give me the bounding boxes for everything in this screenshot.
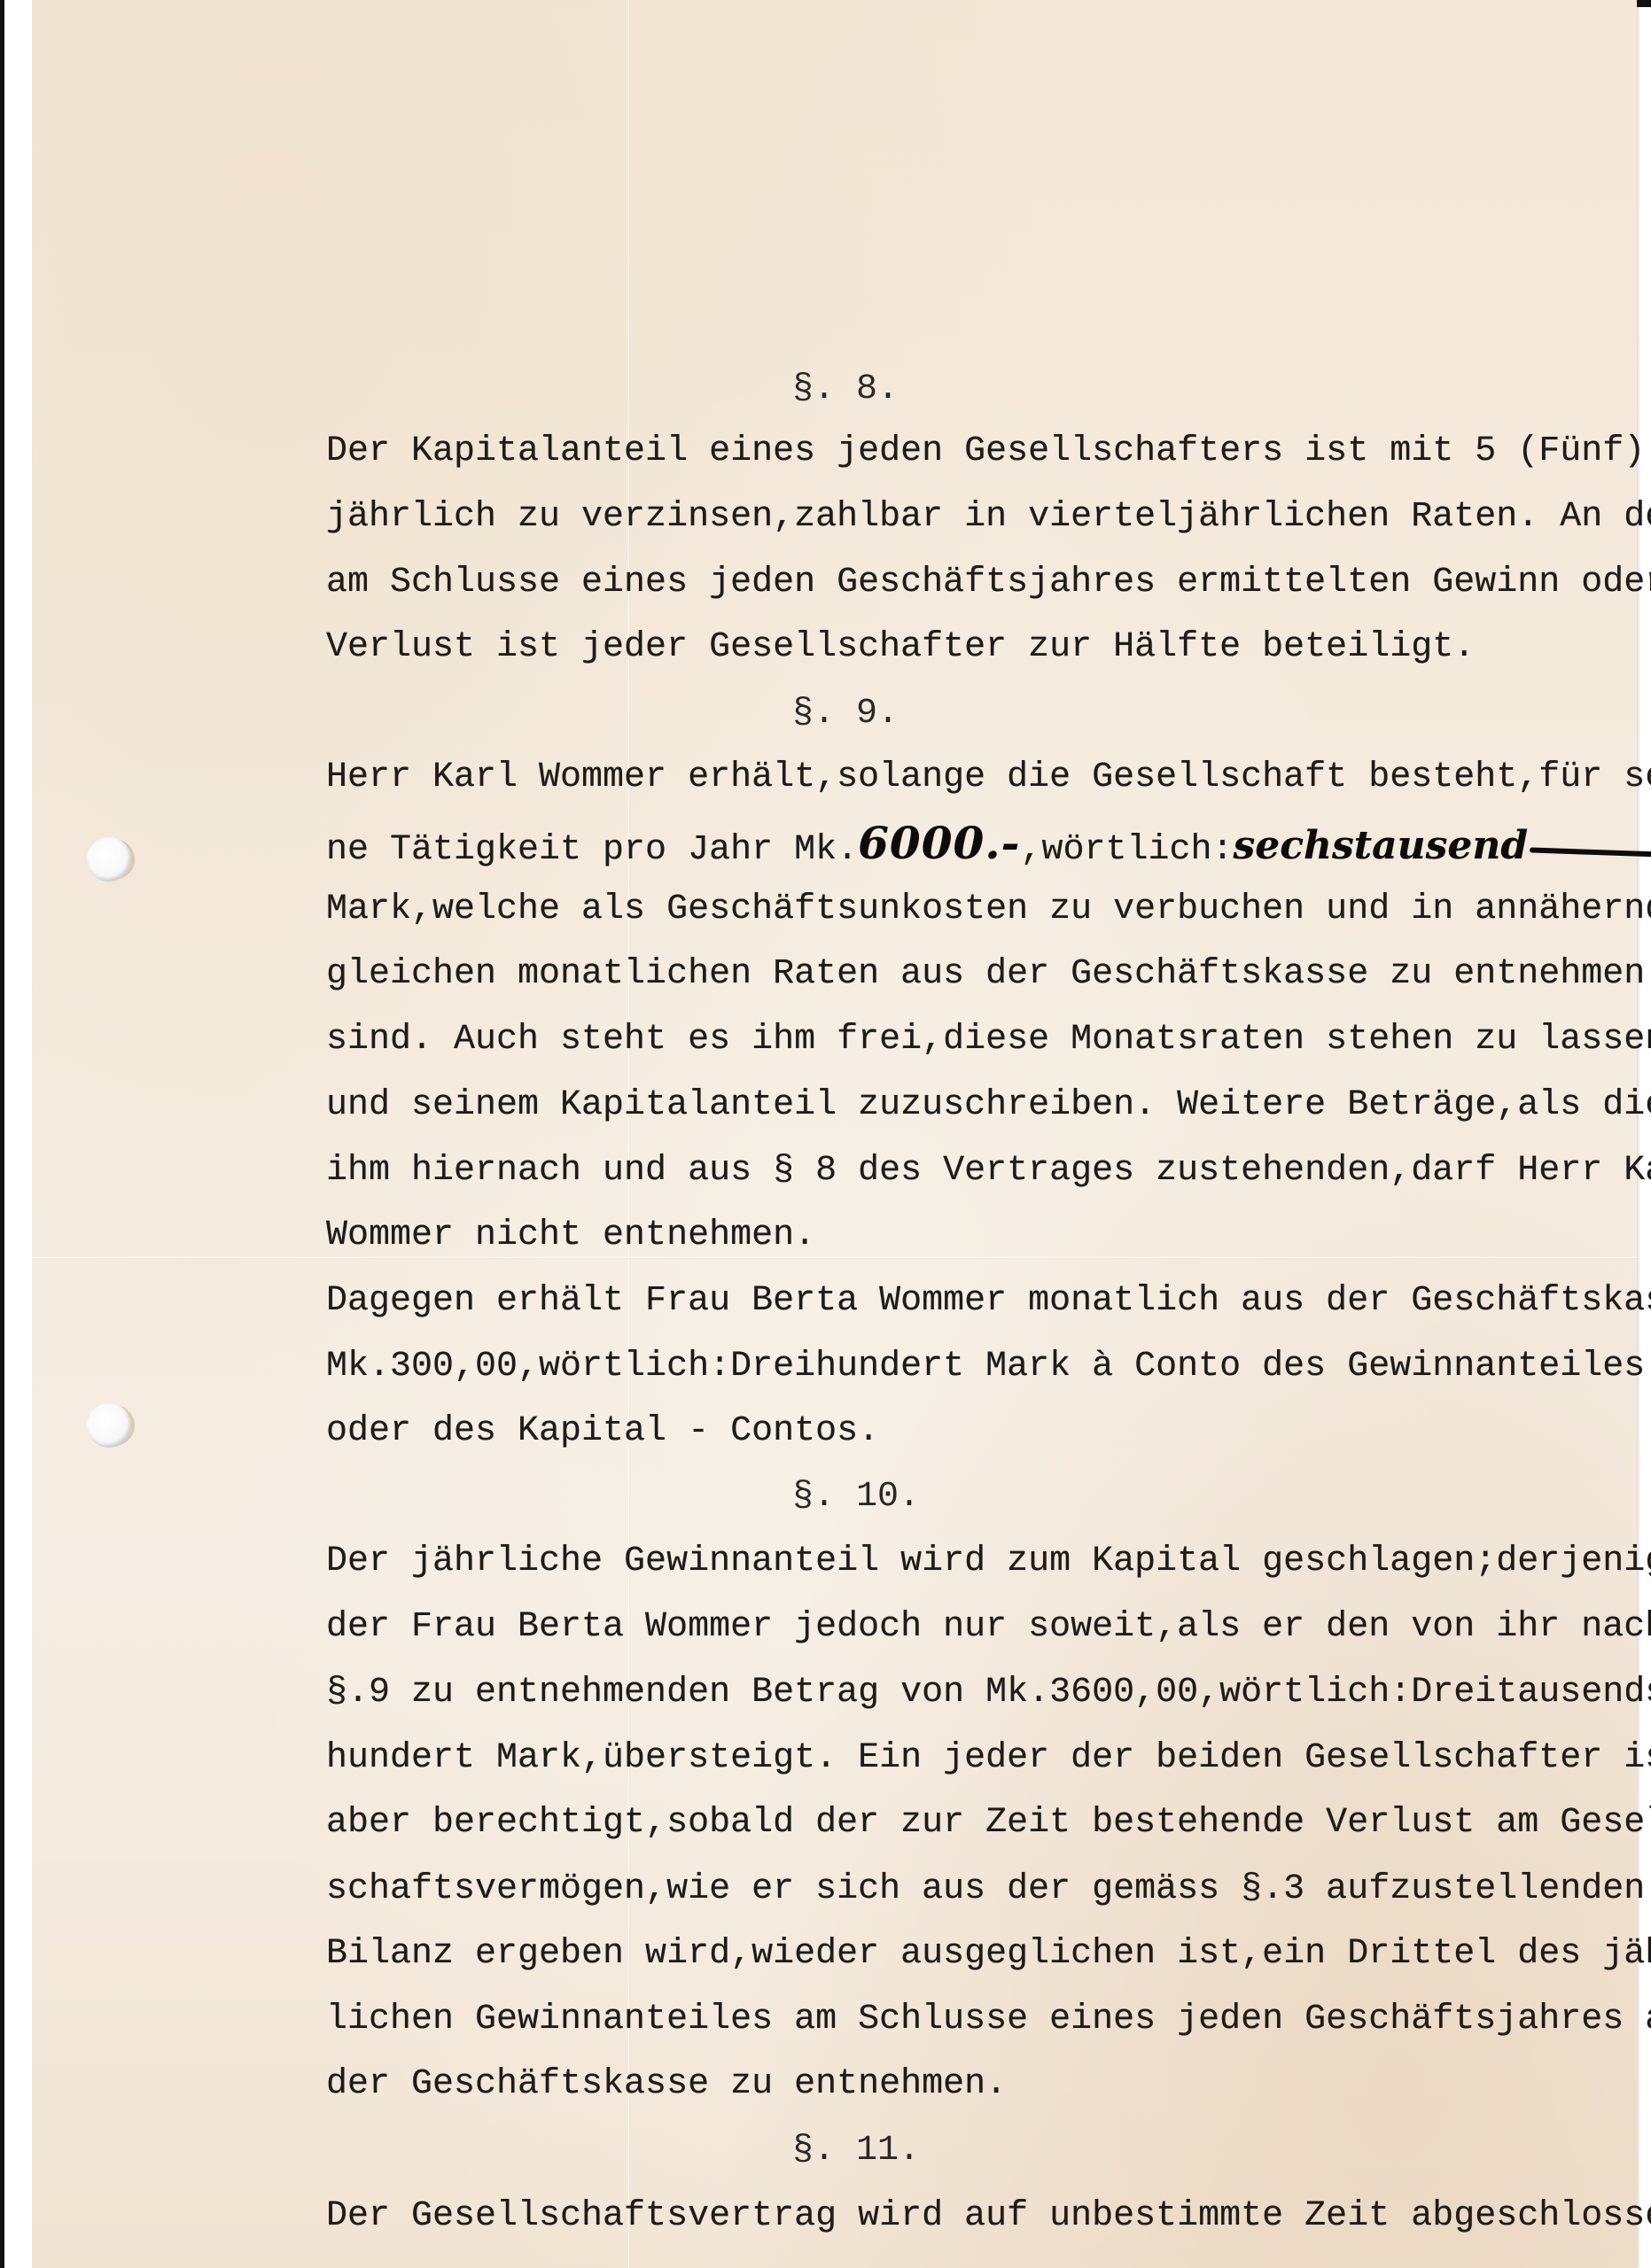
punch-hole-icon	[87, 837, 131, 882]
typed-prefix: ne Tätigkeit pro Jahr Mk.	[326, 830, 858, 870]
text-line: gleichen monatlichen Raten aus der Gesch…	[326, 953, 1645, 996]
text-line: oder des Kapital - Contos.	[326, 1410, 879, 1453]
text-line: lichen Gewinnanteiles am Schlusse eines …	[326, 1999, 1651, 2041]
text-line: der Geschäftskasse zu entnehmen.	[326, 2063, 1007, 2106]
punch-hole-icon	[87, 1403, 131, 1448]
handwritten-words: sechstausend	[1233, 823, 1528, 868]
text-line: Mk.300,00,wörtlich:Dreihundert Mark à Co…	[326, 1346, 1645, 1388]
fold-crease-horizontal	[32, 1256, 1637, 1259]
typed-middle: ,wörtlich:	[1020, 830, 1233, 870]
scan-border	[0, 0, 4, 2268]
text-line: sind. Auch steht es ihm frei,diese Monat…	[326, 1019, 1651, 1061]
text-line: hundert Mark,übersteigt. Ein jeder der b…	[326, 1737, 1651, 1780]
section-heading-10: §. 10.	[792, 1476, 920, 1518]
text-line: ihm hiernach und aus § 8 des Vertrages z…	[326, 1150, 1651, 1192]
text-line-with-handwriting: ne Tätigkeit pro Jahr Mk.6000.-,wörtlich…	[326, 822, 1651, 865]
text-line: aber berechtigt,sobald der zur Zeit best…	[326, 1802, 1651, 1845]
text-line: Der jährliche Gewinnanteil wird zum Kapi…	[326, 1541, 1651, 1583]
text-line: Der Gesellschaftsvertrag wird auf unbest…	[326, 2195, 1651, 2238]
text-line: Mark,welche als Geschäftsunkosten zu ver…	[326, 889, 1651, 931]
text-line: jährlich zu verzinsen,zahlbar in viertel…	[326, 496, 1651, 539]
text-line: Der Kapitalanteil eines jeden Gesellscha…	[326, 431, 1651, 473]
document-page	[32, 0, 1637, 2268]
section-heading-9: §. 9.	[792, 693, 899, 735]
document-text: §. 8. Der Kapitalanteil eines jeden Gese…	[326, 0, 369, 1555]
handwritten-fill-stroke	[1530, 848, 1651, 858]
text-line: Wommer nicht entnehmen.	[326, 1215, 815, 1257]
text-line: Herr Karl Wommer erhält,solange die Gese…	[326, 757, 1651, 799]
text-line: Dagegen erhält Frau Berta Wommer monatli…	[326, 1280, 1651, 1323]
handwritten-amount: 6000.-	[858, 817, 1020, 869]
scan-border-corner	[1635, 0, 1651, 7]
section-heading-8: §. 8.	[792, 369, 899, 411]
text-line: §.9 zu entnehmenden Betrag von Mk.3600,0…	[326, 1672, 1651, 1714]
text-line: Verlust ist jeder Gesellschafter zur Häl…	[326, 626, 1475, 669]
section-heading-11: §. 11.	[792, 2130, 920, 2172]
text-line: am Schlusse eines jeden Geschäftsjahres …	[326, 562, 1651, 604]
text-line: schaftsvermögen,wie er sich aus der gemä…	[326, 1868, 1645, 1911]
text-line: Bilanz ergeben wird,wieder ausgeglichen …	[326, 1933, 1651, 1976]
text-line: der Frau Berta Wommer jedoch nur soweit,…	[326, 1606, 1651, 1649]
fold-crease-vertical	[627, 0, 630, 2268]
text-line: und seinem Kapitalanteil zuzuschreiben. …	[326, 1084, 1651, 1127]
